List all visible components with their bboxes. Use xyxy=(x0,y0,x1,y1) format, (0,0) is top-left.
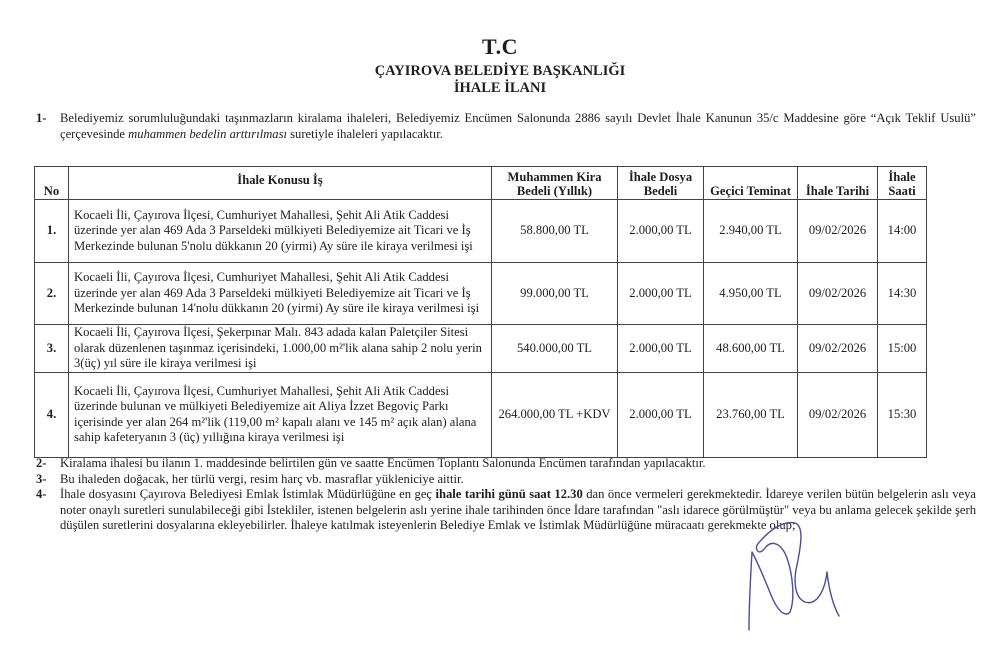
table-row: 3. Kocaeli İli, Çayırova İlçesi, Şekerpı… xyxy=(35,325,927,373)
row-time: 14:00 xyxy=(878,200,927,263)
row-subject: Kocaeli İli, Çayırova İlçesi, Cumhuriyet… xyxy=(69,200,492,263)
clause-number: 4- xyxy=(36,487,47,503)
row-file-fee: 2.000,00 TL xyxy=(618,372,704,457)
col-header-no: No xyxy=(35,167,69,200)
table-header-row: No İhale Konusu İş Muhammen Kira Bedeli … xyxy=(35,167,927,200)
tender-announcement-page: T.C ÇAYIROVA BELEDİYE BAŞKANLIĞI İHALE İ… xyxy=(0,0,1000,658)
row-subject: Kocaeli İli, Çayırova İlçesi, Cumhuriyet… xyxy=(69,263,492,325)
row-date: 09/02/2026 xyxy=(798,325,878,373)
clause-text-part: İhale dosyasını Çayırova Belediyesi Emla… xyxy=(60,487,436,501)
row-file-fee: 2.000,00 TL xyxy=(618,200,704,263)
clause-1: 1- Belediyemiz sorumluluğundaki taşınmaz… xyxy=(36,110,976,142)
header-tc: T.C xyxy=(0,34,1000,60)
table-row: 2. Kocaeli İli, Çayırova İlçesi, Cumhuri… xyxy=(35,263,927,325)
row-no: 2. xyxy=(35,263,69,325)
col-header-time: İhale Saati xyxy=(878,167,927,200)
row-file-fee: 2.000,00 TL xyxy=(618,325,704,373)
row-no: 1. xyxy=(35,200,69,263)
clause-text: Kiralama ihalesi bu ilanın 1. maddesinde… xyxy=(60,456,976,472)
row-guarantee: 4.950,00 TL xyxy=(704,263,798,325)
col-header-rent: Muhammen Kira Bedeli (Yıllık) xyxy=(492,167,618,200)
row-date: 09/02/2026 xyxy=(798,372,878,457)
header-organization: ÇAYIROVA BELEDİYE BAŞKANLIĞI xyxy=(0,63,1000,80)
clause-number: 3- xyxy=(36,472,47,488)
table-row: 4. Kocaeli İli, Çayırova İlçesi, Cumhuri… xyxy=(35,372,927,457)
row-rent: 58.800,00 TL xyxy=(492,200,618,263)
row-subject: Kocaeli İli, Çayırova İlçesi, Şekerpınar… xyxy=(69,325,492,373)
clause-text-part: suretiyle ihaleleri yapılacaktır. xyxy=(287,127,443,141)
clause-2: 2- Kiralama ihalesi bu ilanın 1. maddesi… xyxy=(36,456,976,472)
row-subject: Kocaeli İli, Çayırova İlçesi, Cumhuriyet… xyxy=(69,372,492,457)
col-header-date: İhale Tarihi xyxy=(798,167,878,200)
row-time: 15:00 xyxy=(878,325,927,373)
signature-icon xyxy=(735,520,845,650)
table-row: 1. Kocaeli İli, Çayırova İlçesi, Cumhuri… xyxy=(35,200,927,263)
row-no: 3. xyxy=(35,325,69,373)
row-rent: 264.000,00 TL +KDV xyxy=(492,372,618,457)
clause-text-italic: muhammen bedelin arttırılması xyxy=(128,127,287,141)
col-header-subject: İhale Konusu İş xyxy=(69,167,492,200)
clause-number: 2- xyxy=(36,456,47,472)
clause-text-bold: ihale tarihi günü saat 12.30 xyxy=(436,487,583,501)
row-time: 15:30 xyxy=(878,372,927,457)
tender-table: No İhale Konusu İş Muhammen Kira Bedeli … xyxy=(34,166,927,458)
row-date: 09/02/2026 xyxy=(798,263,878,325)
row-guarantee: 2.940,00 TL xyxy=(704,200,798,263)
row-no: 4. xyxy=(35,372,69,457)
row-rent: 540.000,00 TL xyxy=(492,325,618,373)
row-guarantee: 48.600,00 TL xyxy=(704,325,798,373)
clause-text: Belediyemiz sorumluluğundaki taşınmazlar… xyxy=(60,110,976,142)
clause-number: 1- xyxy=(36,110,47,126)
col-header-file-fee: İhale Dosya Bedeli xyxy=(618,167,704,200)
row-date: 09/02/2026 xyxy=(798,200,878,263)
row-guarantee: 23.760,00 TL xyxy=(704,372,798,457)
row-rent: 99.000,00 TL xyxy=(492,263,618,325)
clause-3: 3- Bu ihaleden doğacak, her türlü vergi,… xyxy=(36,472,976,488)
page-title: İHALE İLANI xyxy=(0,80,1000,97)
row-file-fee: 2.000,00 TL xyxy=(618,263,704,325)
clause-text: Bu ihaleden doğacak, her türlü vergi, re… xyxy=(60,472,976,488)
row-time: 14:30 xyxy=(878,263,927,325)
col-header-guarantee: Geçici Teminat xyxy=(704,167,798,200)
